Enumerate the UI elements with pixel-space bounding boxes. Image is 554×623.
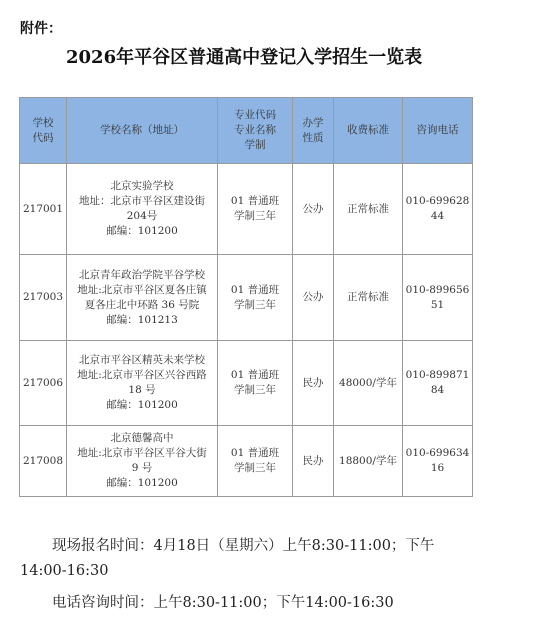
program: 01 普通班 学制三年	[218, 164, 293, 255]
phone: 010-899871 84	[403, 341, 473, 426]
table-row: 217003 北京青年政治学院平谷学校 地址:北京市平谷区夏各庄镇 夏各庄北中环…	[20, 255, 473, 341]
enrollment-table: 学校 代码 学校名称（地址） 专业代码 专业名称 学制 办学 性质 收费标准 咨…	[19, 97, 473, 497]
table-row: 217006 北京市平谷区精英未来学校 地址:北京市平谷区兴谷西路 18 号 邮…	[20, 341, 473, 426]
onsite-registration-time: 现场报名时间：4月18日（星期六）上午8:30-11:00；下午	[52, 534, 434, 555]
header-program: 专业代码 专业名称 学制	[218, 98, 293, 164]
school-code: 217006	[20, 341, 67, 426]
fee: 正常标准	[334, 164, 403, 255]
header-school-code: 学校 代码	[20, 98, 67, 164]
header-school-name: 学校名称（地址）	[67, 98, 218, 164]
table-header-row: 学校 代码 学校名称（地址） 专业代码 专业名称 学制 办学 性质 收费标准 咨…	[20, 98, 473, 164]
header-fee: 收费标准	[334, 98, 403, 164]
phone-consultation-time: 电话咨询时间：上午8:30-11:00；下午14:00-16:30	[52, 591, 394, 612]
phone: 010-699628 44	[403, 164, 473, 255]
program: 01 普通班 学制三年	[218, 426, 293, 497]
school-name-address: 北京德馨高中 地址:北京市平谷区平谷大街 9 号 邮编：101200	[67, 426, 218, 497]
program: 01 普通班 学制三年	[218, 255, 293, 341]
phone: 010-899656 51	[403, 255, 473, 341]
page-title: 2026年平谷区普通高中登记入学招生一览表	[66, 43, 422, 69]
fee: 正常标准	[334, 255, 403, 341]
school-name-address: 北京青年政治学院平谷学校 地址:北京市平谷区夏各庄镇 夏各庄北中环路 36 号院…	[67, 255, 218, 341]
school-name-address: 北京实验学校 地址：北京市平谷区建设街 204号 邮编：101200	[67, 164, 218, 255]
school-code: 217003	[20, 255, 67, 341]
table-row: 217001 北京实验学校 地址：北京市平谷区建设街 204号 邮编：10120…	[20, 164, 473, 255]
fee: 48000/学年	[334, 341, 403, 426]
attachment-label: 附件：	[20, 18, 62, 38]
header-phone: 咨询电话	[403, 98, 473, 164]
school-type: 民办	[293, 426, 334, 497]
phone: 010-699634 16	[403, 426, 473, 497]
school-type: 民办	[293, 341, 334, 426]
table-row: 217008 北京德馨高中 地址:北京市平谷区平谷大街 9 号 邮编：10120…	[20, 426, 473, 497]
onsite-registration-time-cont: 14:00-16:30	[20, 563, 108, 579]
program: 01 普通班 学制三年	[218, 341, 293, 426]
school-code: 217008	[20, 426, 67, 497]
school-name-address: 北京市平谷区精英未来学校 地址:北京市平谷区兴谷西路 18 号 邮编：10120…	[67, 341, 218, 426]
header-school-type: 办学 性质	[293, 98, 334, 164]
school-code: 217001	[20, 164, 67, 255]
school-type: 公办	[293, 164, 334, 255]
fee: 18800/学年	[334, 426, 403, 497]
school-type: 公办	[293, 255, 334, 341]
